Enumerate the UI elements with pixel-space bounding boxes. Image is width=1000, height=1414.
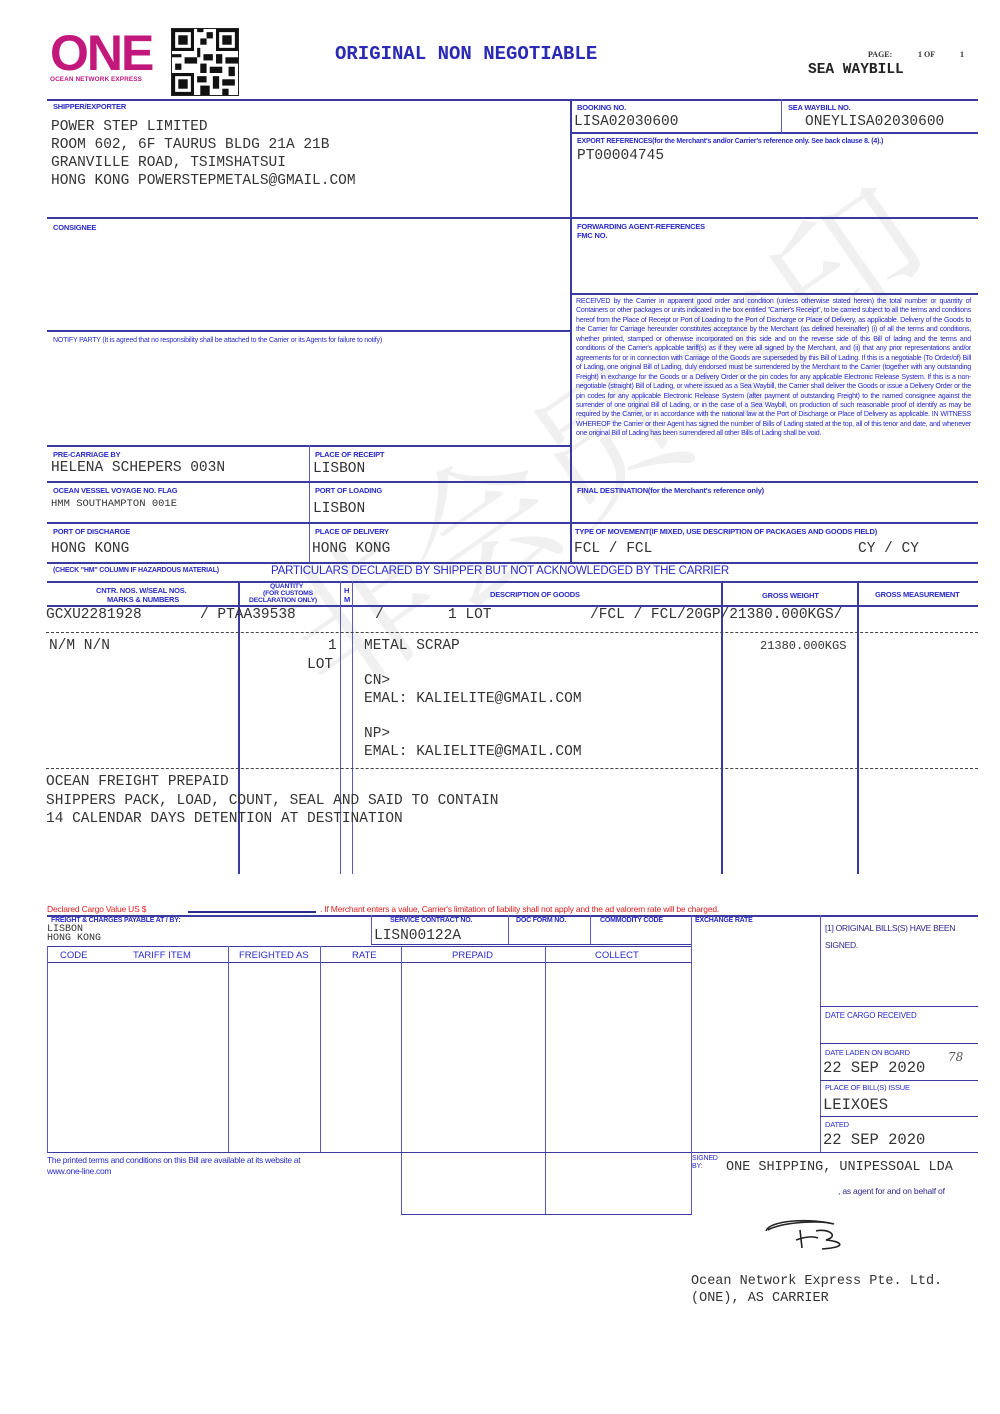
- date-cargo-received-label: DATE CARGO RECEIVED: [825, 1011, 917, 1020]
- description-line: EMAL: KALIELITE@GMAIL.COM: [364, 691, 582, 707]
- movement-value: FCL / FCL: [574, 541, 652, 557]
- description-line: EMAL: KALIELITE@GMAIL.COM: [364, 744, 582, 760]
- logo-text: ONE: [50, 30, 170, 76]
- seal-number: / PTAA39538: [200, 607, 296, 623]
- description-line: METAL SCRAP: [364, 638, 460, 654]
- col-freighted-as: FREIGHTED AS: [239, 950, 309, 961]
- freight-payable-label: FREIGHT & CHARGES PAYABLE AT / BY:: [51, 917, 180, 924]
- shipper-line: GRANVILLE ROAD, TSIMSHATSUI: [51, 155, 286, 171]
- gross-weight-value: 21380.000KGS: [760, 639, 846, 653]
- port-of-discharge-value: HONG KONG: [51, 541, 129, 557]
- forwarding-agent-label: FORWARDING AGENT-REFERENCES: [577, 222, 705, 231]
- page-label: PAGE:: [868, 50, 892, 59]
- col-hm-label-2: M: [344, 595, 350, 604]
- col-description-label: DESCRIPTION OF GOODS: [490, 590, 580, 599]
- signed-by-label: BY:: [692, 1163, 702, 1170]
- service-contract-label: SERVICE CONTRACT NO.: [390, 917, 472, 924]
- waybill-no-label: SEA WAYBILL NO.: [788, 103, 851, 112]
- particulars-heading: PARTICULARS DECLARED BY SHIPPER BUT NOT …: [271, 565, 729, 577]
- booking-label: BOOKING NO.: [577, 103, 626, 112]
- dated-label: DATED: [825, 1120, 849, 1129]
- marks-and-numbers: N/M N/N: [49, 638, 110, 654]
- declared-value-field[interactable]: [188, 911, 316, 913]
- commodity-code-label: COMMODITY CODE: [600, 917, 663, 924]
- movement-terms: CY / CY: [858, 541, 919, 557]
- consignee-label: CONSIGNEE: [53, 223, 96, 232]
- signed-by-value: ONE SHIPPING, UNIPESSOAL LDA: [726, 1160, 953, 1175]
- page-number: 1 OF: [918, 50, 935, 59]
- description-line: NP>: [364, 726, 390, 742]
- place-of-receipt-label: PLACE OF RECEIPT: [315, 450, 384, 459]
- agent-note: , as agent for and on behalf of: [838, 1186, 945, 1196]
- shipper-label: SHIPPER/EXPORTER: [53, 102, 126, 111]
- container-number: GCXU2281928: [46, 607, 142, 623]
- export-references-label: EXPORT REFERENCES(for the Merchant's and…: [577, 138, 883, 145]
- port-of-loading-value: LISBON: [313, 501, 365, 517]
- carrier-name: Ocean Network Express Pte. Ltd.: [691, 1274, 942, 1289]
- doc-form-label: DOC FORM NO.: [516, 917, 566, 924]
- fmc-no-label: FMC NO.: [577, 231, 607, 240]
- document-type: SEA WAYBILL: [808, 62, 904, 78]
- vessel-label: OCEAN VESSEL VOYAGE NO. FLAG: [53, 486, 177, 495]
- export-reference: PT00004745: [577, 148, 664, 164]
- remarks-line: SHIPPERS PACK, LOAD, COUNT, SEAL AND SAI…: [46, 793, 498, 809]
- signature-icon: [760, 1214, 870, 1264]
- col-prepaid: PREPAID: [452, 950, 493, 961]
- date-laden-value: 22 SEP 2020: [823, 1059, 925, 1077]
- pre-carriage-label: PRE-CARRIAGE BY: [53, 450, 120, 459]
- container-qty-separator: /: [375, 607, 384, 623]
- shipper-line: POWER STEP LIMITED: [51, 119, 208, 135]
- waybill-number: ONEYLISA02030600: [805, 114, 944, 130]
- notify-party-label: NOTIFY PARTY (It is agreed that no respo…: [53, 337, 382, 344]
- col-hm-label: H: [344, 586, 349, 595]
- document-title: ORIGINAL NON NEGOTIABLE: [335, 43, 597, 65]
- signed-label: SIGNED: [692, 1155, 718, 1162]
- vessel-value: HMM SOUTHAMPTON 001E: [51, 498, 177, 510]
- qr-code-icon: [171, 28, 239, 96]
- movement-label: TYPE OF MOVEMENT(IF MIXED, USE DESCRIPTI…: [575, 527, 877, 536]
- date-laden-label: DATE LADEN ON BOARD: [825, 1048, 910, 1057]
- shipper-line: ROOM 602, 6F TAURUS BLDG 21A 21B: [51, 137, 329, 153]
- col-code: CODE: [60, 950, 87, 961]
- col-marks-label: CNTR. NOS. W/SEAL NOS.: [96, 586, 186, 595]
- shipper-line: HONG KONG POWERSTEPMETALS@GMAIL.COM: [51, 173, 356, 189]
- place-of-issue-value: LEIXOES: [823, 1096, 888, 1114]
- container-lot: 1 LOT: [448, 607, 492, 623]
- carrier-role: (ONE), AS CARRIER: [691, 1291, 829, 1306]
- received-clause: RECEIVED by the Carrier in apparent good…: [576, 297, 971, 439]
- quantity-unit: LOT: [307, 657, 333, 673]
- terms-note: The printed terms and conditions on this…: [47, 1155, 317, 1177]
- declared-value-note: . If Merchant enters a value, Carrier's …: [320, 904, 719, 914]
- port-of-loading-label: PORT OF LOADING: [315, 486, 382, 495]
- booking-number: LISA02030600: [574, 114, 678, 130]
- col-gross-weight-label: GROSS WEIGHT: [762, 591, 819, 600]
- col-qty-label-2: (FOR CUSTOMS: [263, 590, 313, 597]
- col-tariff-item: TARIFF ITEM: [133, 950, 191, 961]
- remarks-line: OCEAN FREIGHT PREPAID: [46, 774, 229, 790]
- col-qty-label: QUANTITY: [270, 583, 303, 590]
- place-of-delivery-label: PLACE OF DELIVERY: [315, 527, 389, 536]
- place-of-issue-label: PLACE OF BILL(S) ISSUE: [825, 1083, 910, 1092]
- pre-carriage-value: HELENA SCHEPERS 003N: [51, 460, 225, 476]
- col-gross-measurement-label: GROSS MEASUREMENT: [875, 590, 960, 599]
- exchange-rate-label: EXCHANGE RATE: [695, 917, 753, 924]
- freight-payable-line: HONG KONG: [47, 934, 101, 944]
- description-line: CN>: [364, 673, 390, 689]
- one-logo: ONE OCEAN NETWORK EXPRESS: [50, 30, 170, 90]
- col-qty-label-3: DECLARATION ONLY): [249, 597, 317, 604]
- hazard-note: (CHECK "HM" COLUMN IF HAZARDOUS MATERIAL…: [53, 567, 219, 574]
- final-destination-label: FINAL DESTINATION(for the Merchant's ref…: [577, 486, 764, 495]
- place-of-receipt-value: LISBON: [313, 461, 365, 477]
- service-contract-value: LISN00122A: [374, 928, 461, 944]
- dated-value: 22 SEP 2020: [823, 1131, 925, 1149]
- quantity-value: 1: [328, 638, 337, 654]
- page-total: 1: [960, 50, 964, 59]
- place-of-delivery-value: HONG KONG: [312, 541, 390, 557]
- logo-subtitle: OCEAN NETWORK EXPRESS: [50, 76, 170, 83]
- col-rate: RATE: [352, 950, 377, 961]
- col-collect: COLLECT: [595, 950, 639, 961]
- col-marks-label-2: MARKS & NUMBERS: [107, 595, 179, 604]
- port-of-discharge-label: PORT OF DISCHARGE: [53, 527, 130, 536]
- handwritten-annotation: 78: [948, 1050, 963, 1064]
- originals-signed: [1] ORIGINAL BILLS(S) HAVE BEEN SIGNED.: [825, 920, 970, 954]
- declared-value-label: Declared Cargo Value US $: [47, 904, 146, 914]
- container-summary: /FCL / FCL/20GP/21380.000KGS/: [590, 607, 842, 623]
- remarks-line: 14 CALENDAR DAYS DETENTION AT DESTINATIO…: [46, 811, 403, 827]
